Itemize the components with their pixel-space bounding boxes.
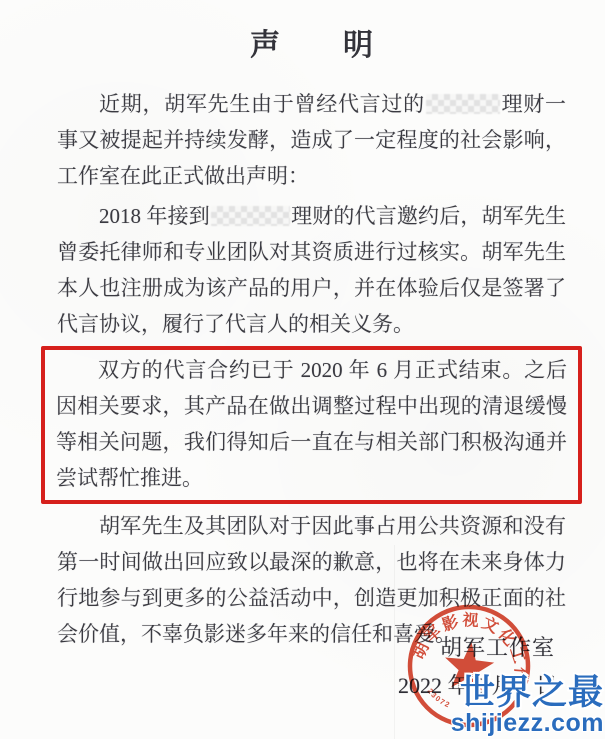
page-title-text: 声明	[250, 29, 436, 62]
red-highlight-box: 双方的代言合约已于 2020 年 6 月正式结束。之后因相关要求，其产品在做出调…	[41, 346, 582, 504]
watermark-domain: shijiezz.com	[451, 710, 604, 736]
watermark-title: 世界之最	[451, 675, 604, 710]
censored-block-2	[211, 206, 290, 226]
site-watermark: 世界之最 shijiezz.com	[451, 675, 604, 736]
paragraph-2-text-before: 2018 年接到	[99, 204, 210, 228]
paragraph-1: 近期，胡军先生由于曾经代言过的理财一事又被提起并持续发酵，造成了一定程度的社会影…	[57, 86, 566, 194]
paragraph-3-highlighted: 双方的代言合约已于 2020 年 6 月正式结束。之后因相关要求，其产品在做出调…	[56, 352, 567, 496]
scanned-statement-page: 声明 近期，胡军先生由于曾经代言过的理财一事又被提起并持续发酵，造成了一定程度的…	[0, 0, 605, 739]
paragraph-2: 2018 年接到理财的代言邀约后，胡军先生曾委托律师和专业团队对其资质进行过核实…	[57, 198, 566, 342]
statement-body: 声明 近期，胡军先生由于曾经代言过的理财一事又被提起并持续发酵，造成了一定程度的…	[57, 12, 566, 656]
censored-block-1	[426, 94, 500, 114]
page-title: 声明	[57, 20, 566, 64]
paragraph-1-text-before: 近期，胡军先生由于曾经代言过的	[99, 92, 425, 116]
